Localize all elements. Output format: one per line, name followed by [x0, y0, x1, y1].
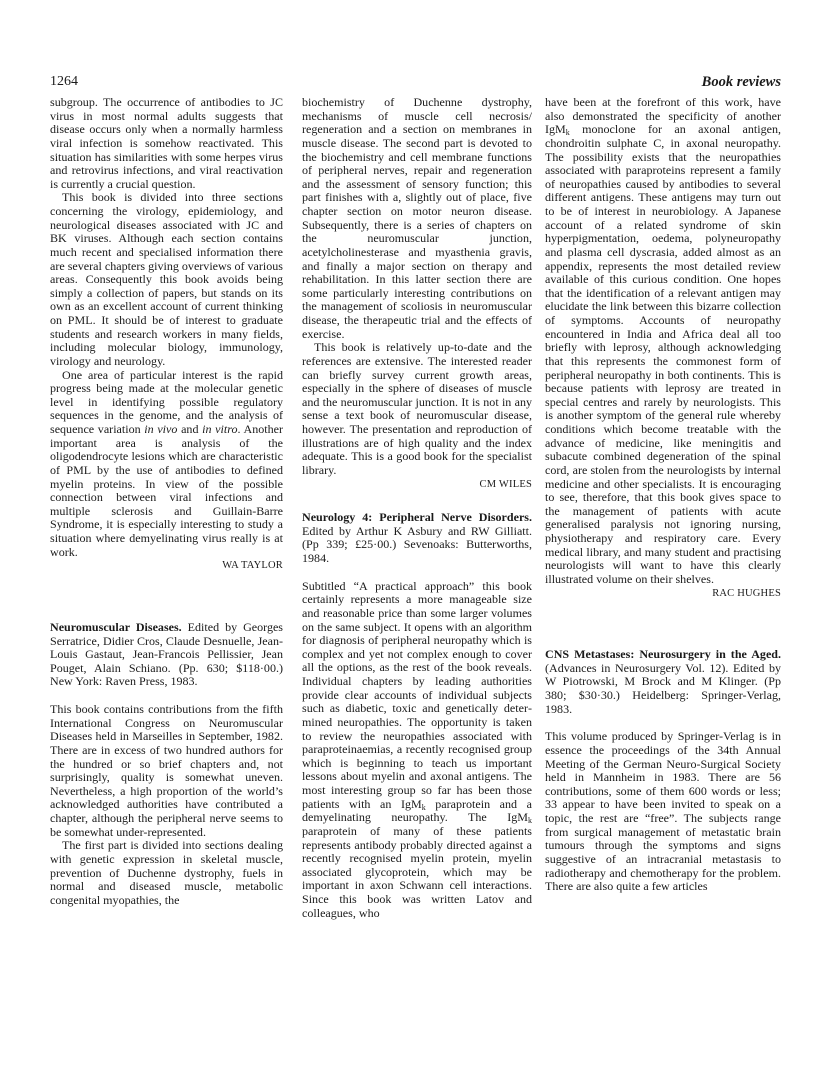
- paragraph: The first part is divided into sections …: [50, 839, 283, 907]
- spacer: [545, 600, 781, 648]
- spacer: [545, 716, 781, 730]
- paragraph: This book is relatively up-to-date and t…: [302, 341, 532, 477]
- review-citation: Neurology 4: Peripheral Nerve Disorders.…: [302, 511, 532, 566]
- italic-term: in vitro: [202, 422, 237, 436]
- book-title: Neuromuscular Diseases.: [50, 620, 182, 634]
- paragraph: biochemistry of Duchenne dystrophy, mech…: [302, 96, 532, 341]
- paragraph-text: paraprotein of many of these patients re…: [302, 824, 532, 920]
- paragraph-text: Subtitled “A practical approach” this bo…: [302, 579, 532, 811]
- citation-details: Edited by Arthur K Asbury and RW Gil­lia…: [302, 524, 532, 565]
- reviewer-signature: CM WILES: [302, 478, 532, 492]
- paragraph-text: monoclone for an axonal antigen, chondro…: [545, 122, 781, 586]
- paragraph: have been at the forefront of this work,…: [545, 96, 781, 587]
- review-citation: Neuromuscular Diseases. Edited by George…: [50, 621, 283, 689]
- italic-term: in vivo: [144, 422, 177, 436]
- spacer: [50, 573, 283, 621]
- paragraph: Subtitled “A practical approach” this bo…: [302, 580, 532, 921]
- paragraph: This volume produced by Springer-Verlag …: [545, 730, 781, 894]
- paragraph: This book contains contributions from th…: [50, 703, 283, 839]
- paragraph-text: . Another important area is analysis of …: [50, 422, 283, 559]
- paragraph: One area of particular interest is the r…: [50, 369, 283, 560]
- book-title: Neurology 4: Peripheral Nerve Disorders.: [302, 510, 532, 524]
- column-2: biochemistry of Duchenne dystrophy, mech…: [302, 96, 532, 920]
- review-citation: CNS Metastases: Neurosurgery in the Aged…: [545, 648, 781, 716]
- page-number: 1264: [50, 74, 78, 90]
- citation-details: (Advances in Neurosurgery Vol. 12). Edit…: [545, 661, 781, 716]
- reviewer-signature: WA TAYLOR: [50, 559, 283, 573]
- spacer: [302, 491, 532, 511]
- paragraph-text: and: [177, 422, 202, 436]
- reviewer-signature: RAC HUGHES: [545, 587, 781, 601]
- book-title: CNS Metastases: Neurosurgery in the Aged…: [545, 647, 781, 661]
- spacer: [50, 689, 283, 703]
- spacer: [302, 566, 532, 580]
- paragraph: subgroup. The occurrence of antibodies t…: [50, 96, 283, 191]
- paragraph: This book is divided into three sections…: [50, 191, 283, 368]
- column-3: have been at the forefront of this work,…: [545, 96, 781, 894]
- column-1: subgroup. The occurrence of antibodies t…: [50, 96, 283, 907]
- running-head: Book reviews: [702, 74, 781, 91]
